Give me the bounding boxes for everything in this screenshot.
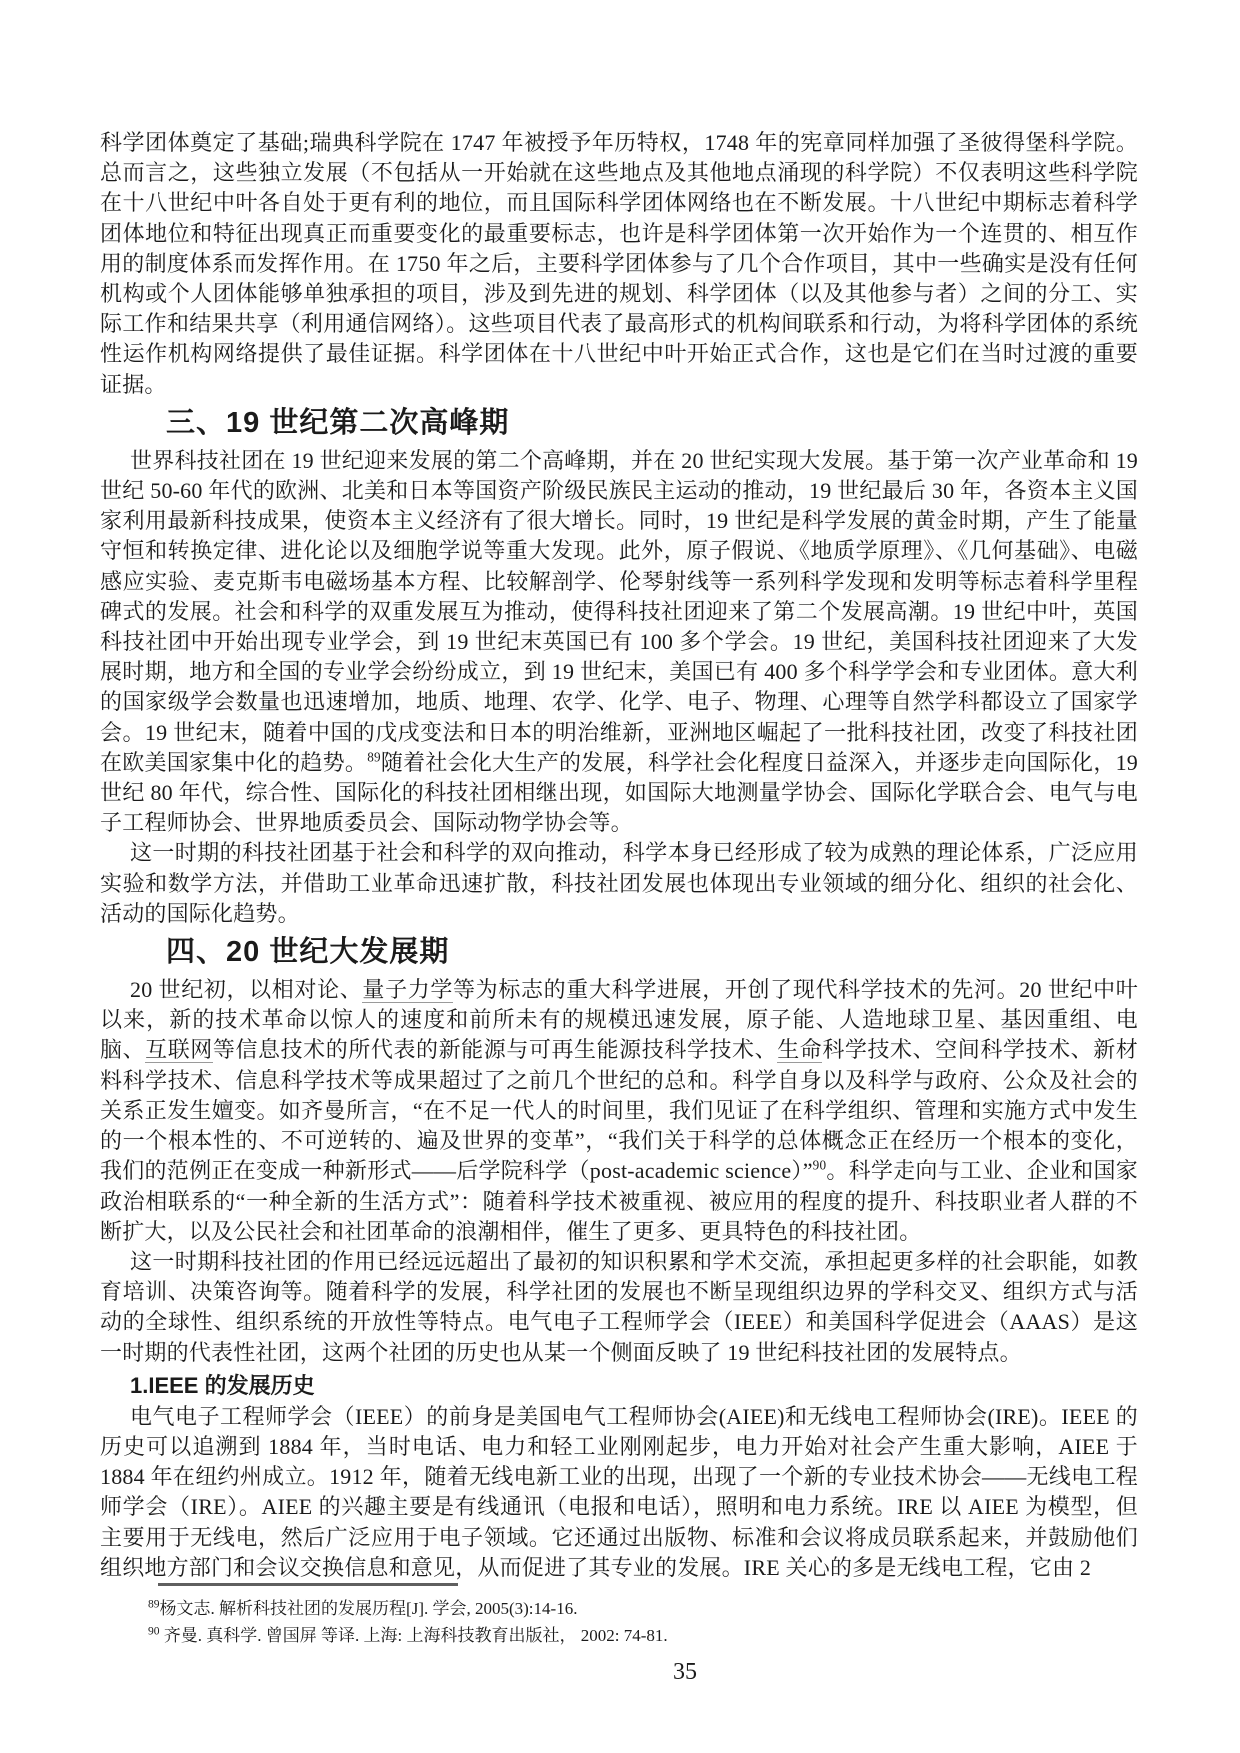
document-page: 科学团体奠定了基础;瑞典科学院在 1747 年被授予年历特权，1748 年的宪章… [0, 0, 1240, 1753]
footnote-90: 90 齐曼. 真科学. 曾国屏 等译. 上海: 上海科技教育出版社， 2002:… [100, 1622, 1240, 1650]
footer-area: 89杨文志. 解析科技社团的发展历程[J]. 学会, 2005(3):14-16… [0, 1583, 1240, 1687]
footnote-marker: 90 [148, 1625, 160, 1638]
footnote-separator-rule [158, 1583, 458, 1586]
footnote-reference-90: 90 [813, 1158, 827, 1173]
section-heading-20th-century-growth: 四、20 世纪大发展期 [100, 932, 1138, 972]
paragraph-ieee-history: 电气电子工程师学会（IEEE）的前身是美国电气工程师协会(AIEE)和无线电工程… [100, 1402, 1138, 1583]
footnote-text: 杨文志. 解析科技社团的发展历程[J]. 学会, 2005(3):14-16. [160, 1599, 578, 1618]
paragraph-20th-century-development: 20 世纪初，以相对论、量子力学等为标志的重大科学进展，开创了现代科学技术的先河… [100, 975, 1138, 1247]
proofing-underline-text: 量子力学 [362, 977, 453, 1003]
footnote-marker: 89 [148, 1597, 160, 1610]
proofing-underline-text: 互联网 [145, 1037, 213, 1063]
page-number: 35 [100, 1657, 1240, 1687]
paragraph-19th-century-development: 世界科技社团在 19 世纪迎来发展的第二个高峰期，并在 20 世纪实现大发展。基… [100, 446, 1138, 839]
subsection-heading-ieee-history: 1.IEEE 的发展历史 [100, 1370, 1138, 1402]
paragraph-text: 等信息技术的所代表的新能源与可再生能源技科学技术、 [213, 1037, 777, 1062]
paragraph-text: 世界科技社团在 19 世纪迎来发展的第二个高峰期，并在 20 世纪实现大发展。基… [100, 448, 1138, 775]
paragraph-text: 20 世纪初，以相对论、 [130, 977, 362, 1002]
footnote-89: 89杨文志. 解析科技社团的发展历程[J]. 学会, 2005(3):14-16… [100, 1595, 1240, 1623]
footnote-reference-89: 89 [367, 750, 381, 765]
proofing-underline-text: 生命 [777, 1037, 822, 1063]
section-heading-19th-century-peak: 三、19 世纪第二次高峰期 [100, 403, 1138, 443]
paragraph-dual-drive: 这一时期的科技社团基于社会和科学的双向推动，科学本身已经形成了较为成熟的理论体系… [100, 838, 1138, 929]
page-body: 科学团体奠定了基础;瑞典科学院在 1747 年被授予年历特权，1748 年的宪章… [0, 0, 1240, 1583]
paragraph-18th-century-societies: 科学团体奠定了基础;瑞典科学院在 1747 年被授予年历特权，1748 年的宪章… [100, 128, 1138, 400]
paragraph-society-roles: 这一时期科技社团的作用已经远远超出了最初的知识积累和学术交流，承担起更多样的社会… [100, 1247, 1138, 1368]
footnote-text: 齐曼. 真科学. 曾国屏 等译. 上海: 上海科技教育出版社， 2002: 74… [160, 1626, 668, 1645]
